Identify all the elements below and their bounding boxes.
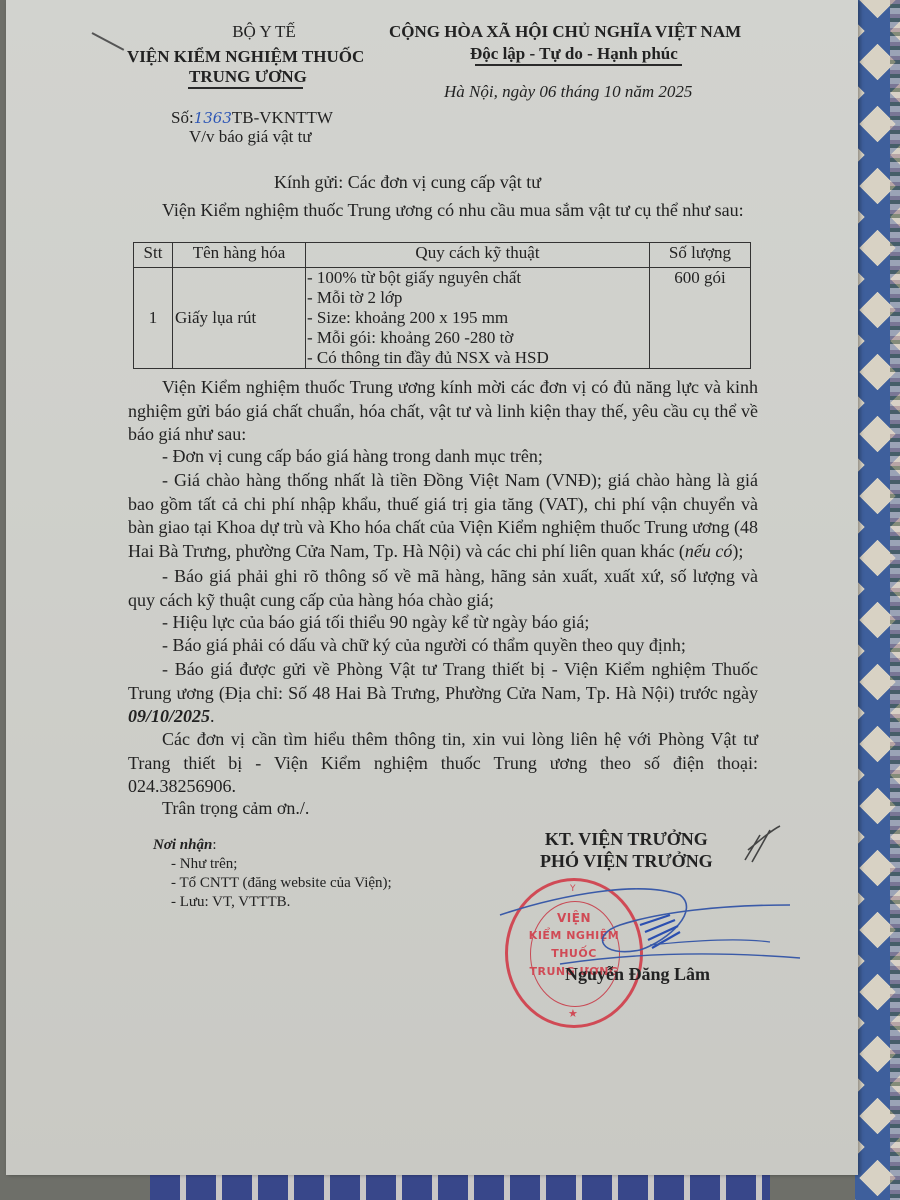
recipients-block: Nơi nhận: - Như trên; - Tổ CNTT (đăng we…: [153, 836, 392, 912]
signature-titles: KT. VIỆN TRƯỞNG PHÓ VIỆN TRƯỞNG: [540, 828, 713, 872]
doc-number-prefix: Số:: [171, 108, 194, 127]
salutation: Kính gửi: Các đơn vị cung cấp vật tư: [274, 172, 541, 193]
col-header-stt: Stt: [134, 243, 173, 268]
country-name: CỘNG HÒA XÃ HỘI CHỦ NGHĨA VIỆT NAM: [389, 22, 741, 42]
contact-paragraph: Các đơn vị cần tìm hiểu thêm thông tin, …: [128, 728, 758, 799]
cell-spec: - 100% từ bột giấy nguyên chất - Mỗi tờ …: [306, 268, 650, 369]
spec-line: - Có thông tin đầy đủ NSX và HSD: [307, 348, 645, 368]
cell-name: Giấy lụa rút: [173, 268, 306, 369]
requirement-2-italic: nếu có: [685, 541, 732, 561]
signature-title-1: KT. VIỆN TRƯỞNG: [540, 828, 713, 850]
national-motto: Độc lập - Tự do - Hạnh phúc: [470, 44, 678, 64]
table-header-row: Stt Tên hàng hóa Quy cách kỹ thuật Số lư…: [134, 243, 751, 268]
stamp-star-icon: ★: [568, 1007, 578, 1020]
spec-line: - 100% từ bột giấy nguyên chất: [307, 268, 645, 288]
place-date: Hà Nội, ngày 06 tháng 10 năm 2025: [444, 82, 692, 102]
official-stamp: Y VIỆN KIỂM NGHIỆM THUỐC TRUNG ƯƠNG ★: [505, 878, 643, 1028]
header-left-underline: [188, 87, 303, 89]
stamp-line-3: THUỐC: [508, 947, 640, 960]
recipient-item: - Như trên;: [153, 855, 392, 874]
recipients-label-colon: :: [212, 837, 216, 853]
document-subject: V/v báo giá vật tư: [189, 127, 312, 147]
requirement-3: - Báo giá phải ghi rõ thông số về mã hàn…: [128, 565, 758, 612]
stamp-top-mark: Y: [570, 884, 576, 894]
table-row: 1 Giấy lụa rút - 100% từ bột giấy nguyên…: [134, 268, 751, 369]
doc-number-handwritten: 1363: [194, 109, 232, 127]
requirement-6-text: - Báo giá được gửi về Phòng Vật tư Trang…: [128, 659, 758, 703]
requirement-4: - Hiệu lực của báo giá tối thiểu 90 ngày…: [162, 612, 589, 633]
recipient-item: - Tổ CNTT (đăng website của Viện);: [153, 874, 392, 893]
spec-line: - Size: khoảng 200 x 195 mm: [307, 308, 645, 328]
signature-title-2: PHÓ VIỆN TRƯỞNG: [540, 850, 713, 872]
col-header-quantity: Số lượng: [650, 243, 751, 268]
cell-quantity: 600 gói: [650, 268, 751, 369]
requirement-1: - Đơn vị cung cấp báo giá hàng trong dan…: [162, 446, 543, 467]
col-header-name: Tên hàng hóa: [173, 243, 306, 268]
stamp-line-1: VIỆN: [508, 911, 640, 925]
spec-line: - Mỗi gói: khoảng 260 -280 tờ: [307, 328, 645, 348]
submission-deadline: 09/10/2025: [128, 706, 210, 726]
intro-paragraph: Viện Kiểm nghiệm thuốc Trung ương có nhu…: [128, 196, 758, 224]
requirement-2-text: - Giá chào hàng thống nhất là tiền Đồng …: [128, 470, 758, 561]
recipients-label: Nơi nhận: [153, 837, 212, 853]
cell-stt: 1: [134, 268, 173, 369]
fabric-bottom: [150, 1174, 770, 1200]
document-number: Số:1363TB-VKNTTW: [171, 108, 333, 128]
ministry-name: BỘ Y TẾ: [214, 22, 314, 42]
col-header-spec: Quy cách kỹ thuật: [306, 243, 650, 268]
stamp-line-2: KIỂM NGHIỆM: [508, 929, 640, 942]
signer-name: Nguyễn Đăng Lâm: [565, 964, 710, 985]
requirement-6-end: .: [210, 706, 215, 726]
requirement-6: - Báo giá được gửi về Phòng Vật tư Trang…: [128, 658, 758, 729]
doc-number-suffix: TB-VKNTTW: [232, 108, 333, 127]
closing-line: Trân trọng cảm ơn./.: [162, 798, 309, 819]
institute-name-line2: TRUNG ƯƠNG: [189, 67, 307, 87]
recipient-item: - Lưu: VT, VTTTB.: [153, 893, 392, 912]
invitation-paragraph: Viện Kiểm nghiệm thuốc Trung ương kính m…: [128, 376, 758, 447]
header-right-underline: [475, 64, 682, 66]
goods-table: Stt Tên hàng hóa Quy cách kỹ thuật Số lư…: [133, 242, 751, 369]
fabric-border: [855, 0, 900, 1200]
requirement-2-end: );: [732, 541, 743, 561]
requirement-5: - Báo giá phải có dấu và chữ ký của ngườ…: [162, 635, 686, 656]
spec-line: - Mỗi tờ 2 lớp: [307, 288, 645, 308]
requirement-2: - Giá chào hàng thống nhất là tiền Đồng …: [128, 469, 758, 563]
institute-name-line1: VIỆN KIỂM NGHIỆM THUỐC: [127, 47, 364, 67]
